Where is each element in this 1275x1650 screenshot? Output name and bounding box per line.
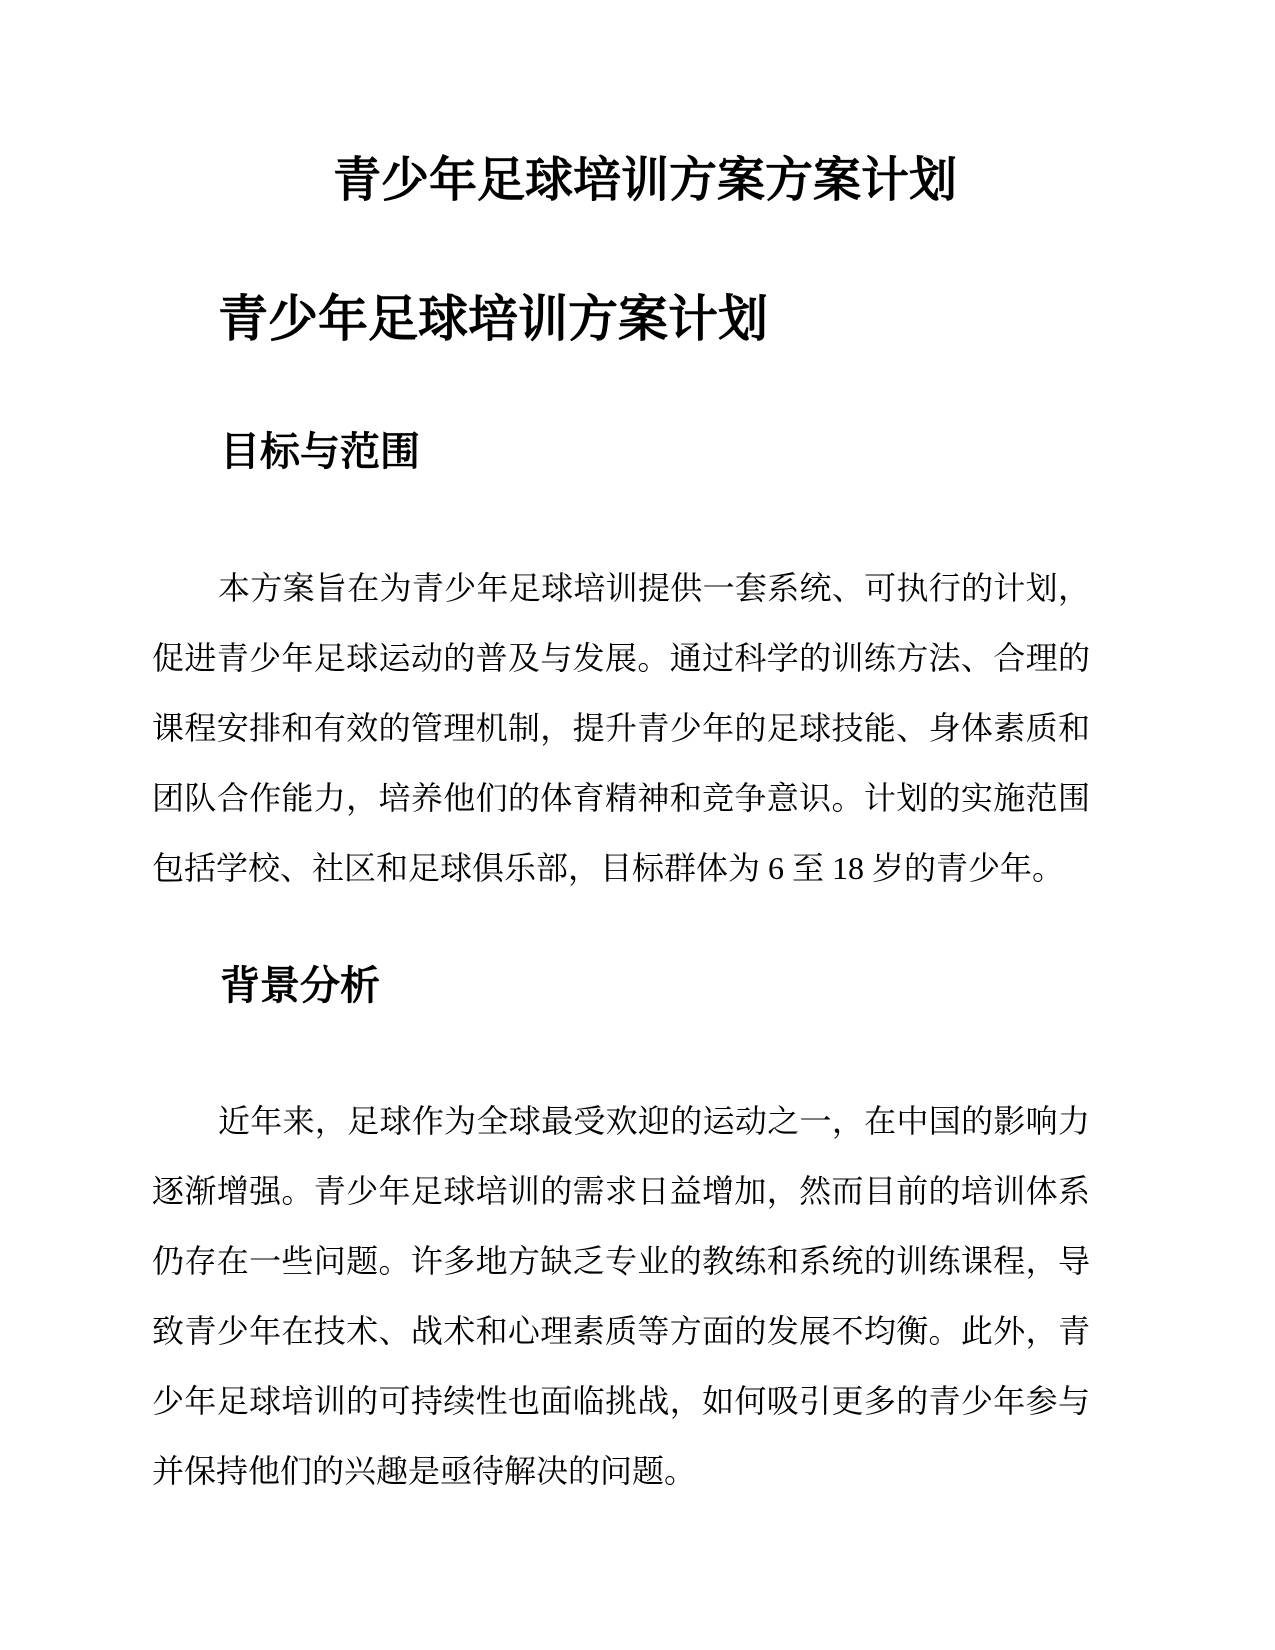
paragraph-line: 包括学校、社区和足球俱乐部，目标群体为 6 至 18 岁的青少年。	[152, 833, 1090, 903]
paragraph-background-analysis: 近年来，足球作为全球最受欢迎的运动之一，在中国的影响力逐渐增强。青少年足球培训的…	[152, 1086, 1090, 1506]
paragraph-goals-scope: 本方案旨在为青少年足球培训提供一套系统、可执行的计划，促进青少年足球运动的普及与…	[152, 553, 1090, 903]
section-heading-background-analysis: 背景分析	[220, 961, 1090, 1011]
section-background-analysis: 背景分析 近年来，足球作为全球最受欢迎的运动之一，在中国的影响力逐渐增强。青少年…	[152, 961, 1090, 1506]
document-title: 青少年足球培训方案方案计划	[333, 152, 1090, 210]
paragraph-line: 仍存在一些问题。许多地方缺乏专业的教练和系统的训练课程，导	[152, 1226, 1090, 1296]
paragraph-line: 本方案旨在为青少年足球培训提供一套系统、可执行的计划，	[152, 553, 1090, 623]
paragraph-line: 课程安排和有效的管理机制，提升青少年的足球技能、身体素质和	[152, 693, 1090, 763]
paragraph-line: 少年足球培训的可持续性也面临挑战，如何吸引更多的青少年参与	[152, 1366, 1090, 1436]
paragraph-line: 逐渐增强。青少年足球培训的需求日益增加，然而目前的培训体系	[152, 1156, 1090, 1226]
paragraph-line: 并保持他们的兴趣是亟待解决的问题。	[152, 1436, 1090, 1506]
paragraph-line: 近年来，足球作为全球最受欢迎的运动之一，在中国的影响力	[152, 1086, 1090, 1156]
document-heading: 青少年足球培训方案计划	[218, 289, 1090, 349]
paragraph-line: 致青少年在技术、战术和心理素质等方面的发展不均衡。此外，青	[152, 1296, 1090, 1366]
paragraph-line: 团队合作能力，培养他们的体育精神和竞争意识。计划的实施范围	[152, 763, 1090, 833]
paragraph-line: 促进青少年足球运动的普及与发展。通过科学的训练方法、合理的	[152, 623, 1090, 693]
section-heading-goals-scope: 目标与范围	[220, 427, 1090, 477]
section-goals-scope: 目标与范围 本方案旨在为青少年足球培训提供一套系统、可执行的计划，促进青少年足球…	[152, 427, 1090, 903]
document-page: 青少年足球培训方案方案计划 青少年足球培训方案计划 目标与范围 本方案旨在为青少…	[0, 0, 1275, 1650]
